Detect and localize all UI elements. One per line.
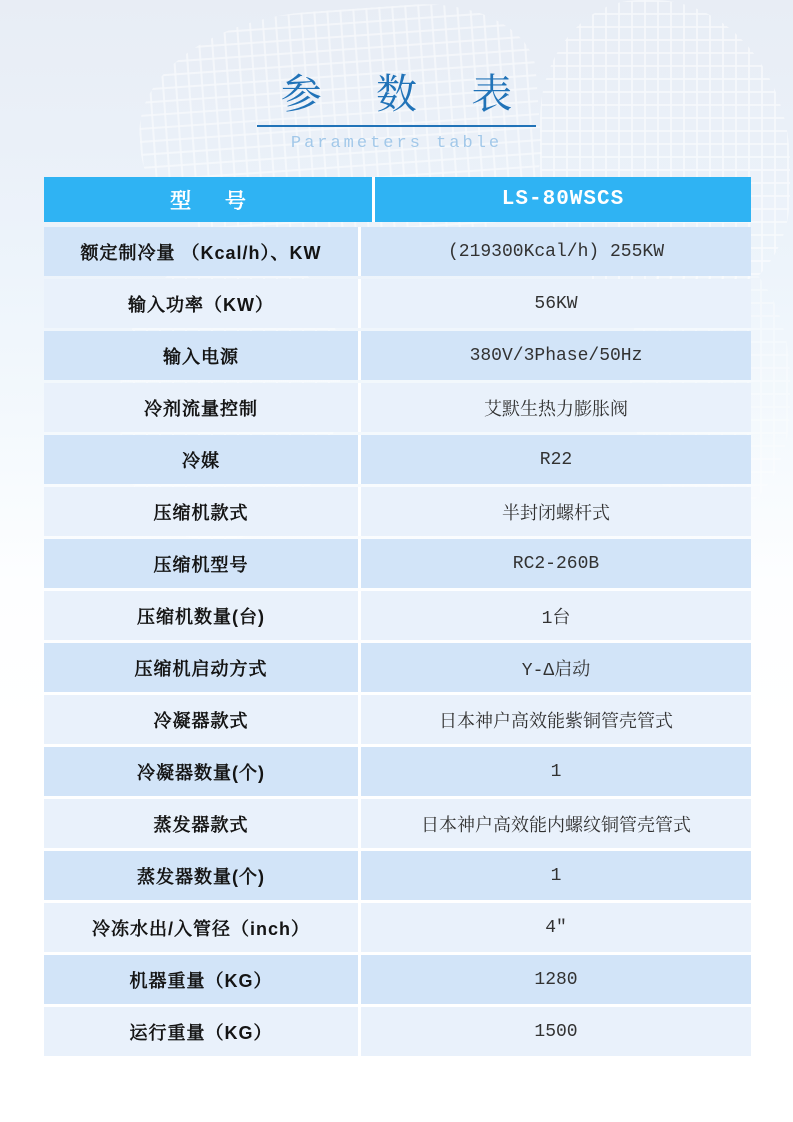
row-label: 额定制冷量 （Kcal/h）、KW: [44, 227, 358, 276]
table-row: 压缩机款式 半封闭螺杆式: [44, 487, 751, 536]
row-value: 1280: [361, 955, 751, 1004]
row-label: 冷媒: [44, 435, 358, 484]
row-label: 冷冻水出/入管径（inch）: [44, 903, 358, 952]
row-value: 1500: [361, 1007, 751, 1056]
table-row: 输入电源 380V/3Phase/50Hz: [44, 331, 751, 380]
row-label: 输入电源: [44, 331, 358, 380]
row-value: 日本神户高效能紫铜管壳管式: [361, 695, 751, 744]
row-value: 1: [361, 747, 751, 796]
table-row: 机器重量（KG） 1280: [44, 955, 751, 1004]
row-value: Y-Δ启动: [361, 643, 751, 692]
page-subtitle: Parameters table: [0, 134, 793, 153]
row-value: 380V/3Phase/50Hz: [361, 331, 751, 380]
table-row: 压缩机启动方式 Y-Δ启动: [44, 643, 751, 692]
row-label: 机器重量（KG）: [44, 955, 358, 1004]
table-row: 压缩机型号 RC2-260B: [44, 539, 751, 588]
row-value: 56KW: [361, 279, 751, 328]
row-label: 输入功率（KW）: [44, 279, 358, 328]
table-row: 冷凝器款式 日本神户高效能紫铜管壳管式: [44, 695, 751, 744]
table-row: 额定制冷量 （Kcal/h）、KW (219300Kcal/h) 255KW: [44, 227, 751, 276]
row-value: RC2-260B: [361, 539, 751, 588]
row-value: 4″: [361, 903, 751, 952]
row-value: 日本神户高效能内螺纹铜管壳管式: [361, 799, 751, 848]
table-row: 压缩机数量(台) 1台: [44, 591, 751, 640]
row-label: 压缩机启动方式: [44, 643, 358, 692]
table-row: 输入功率（KW） 56KW: [44, 279, 751, 328]
row-value: R22: [361, 435, 751, 484]
table-body: 额定制冷量 （Kcal/h）、KW (219300Kcal/h) 255KW 输…: [44, 227, 751, 1056]
row-label: 蒸发器款式: [44, 799, 358, 848]
row-label: 压缩机款式: [44, 487, 358, 536]
parameters-table: 型 号 LS-80WSCS 额定制冷量 （Kcal/h）、KW (219300K…: [44, 177, 751, 1059]
row-label: 冷凝器数量(个): [44, 747, 358, 796]
row-label: 冷凝器款式: [44, 695, 358, 744]
row-label: 冷剂流量控制: [44, 383, 358, 432]
table-row: 冷冻水出/入管径（inch） 4″: [44, 903, 751, 952]
row-value: (219300Kcal/h) 255KW: [361, 227, 751, 276]
table-row: 冷凝器数量(个) 1: [44, 747, 751, 796]
row-label: 蒸发器数量(个): [44, 851, 358, 900]
table-header-row: 型 号 LS-80WSCS: [44, 177, 751, 222]
title-block: 参 数 表 Parameters table: [0, 72, 793, 153]
row-value: 半封闭螺杆式: [361, 487, 751, 536]
row-label: 压缩机数量(台): [44, 591, 358, 640]
table-row: 蒸发器数量(个) 1: [44, 851, 751, 900]
table-row: 蒸发器款式 日本神户高效能内螺纹铜管壳管式: [44, 799, 751, 848]
row-label: 运行重量（KG）: [44, 1007, 358, 1056]
row-label: 压缩机型号: [44, 539, 358, 588]
header-model-value-cell: LS-80WSCS: [375, 177, 751, 222]
row-value: 1台: [361, 591, 751, 640]
table-row: 运行重量（KG） 1500: [44, 1007, 751, 1056]
header-model-label-cell: 型 号: [44, 177, 372, 222]
page-title: 参 数 表: [257, 72, 537, 127]
table-row: 冷媒 R22: [44, 435, 751, 484]
row-value: 1: [361, 851, 751, 900]
row-value: 艾默生热力膨胀阀: [361, 383, 751, 432]
table-row: 冷剂流量控制 艾默生热力膨胀阀: [44, 383, 751, 432]
